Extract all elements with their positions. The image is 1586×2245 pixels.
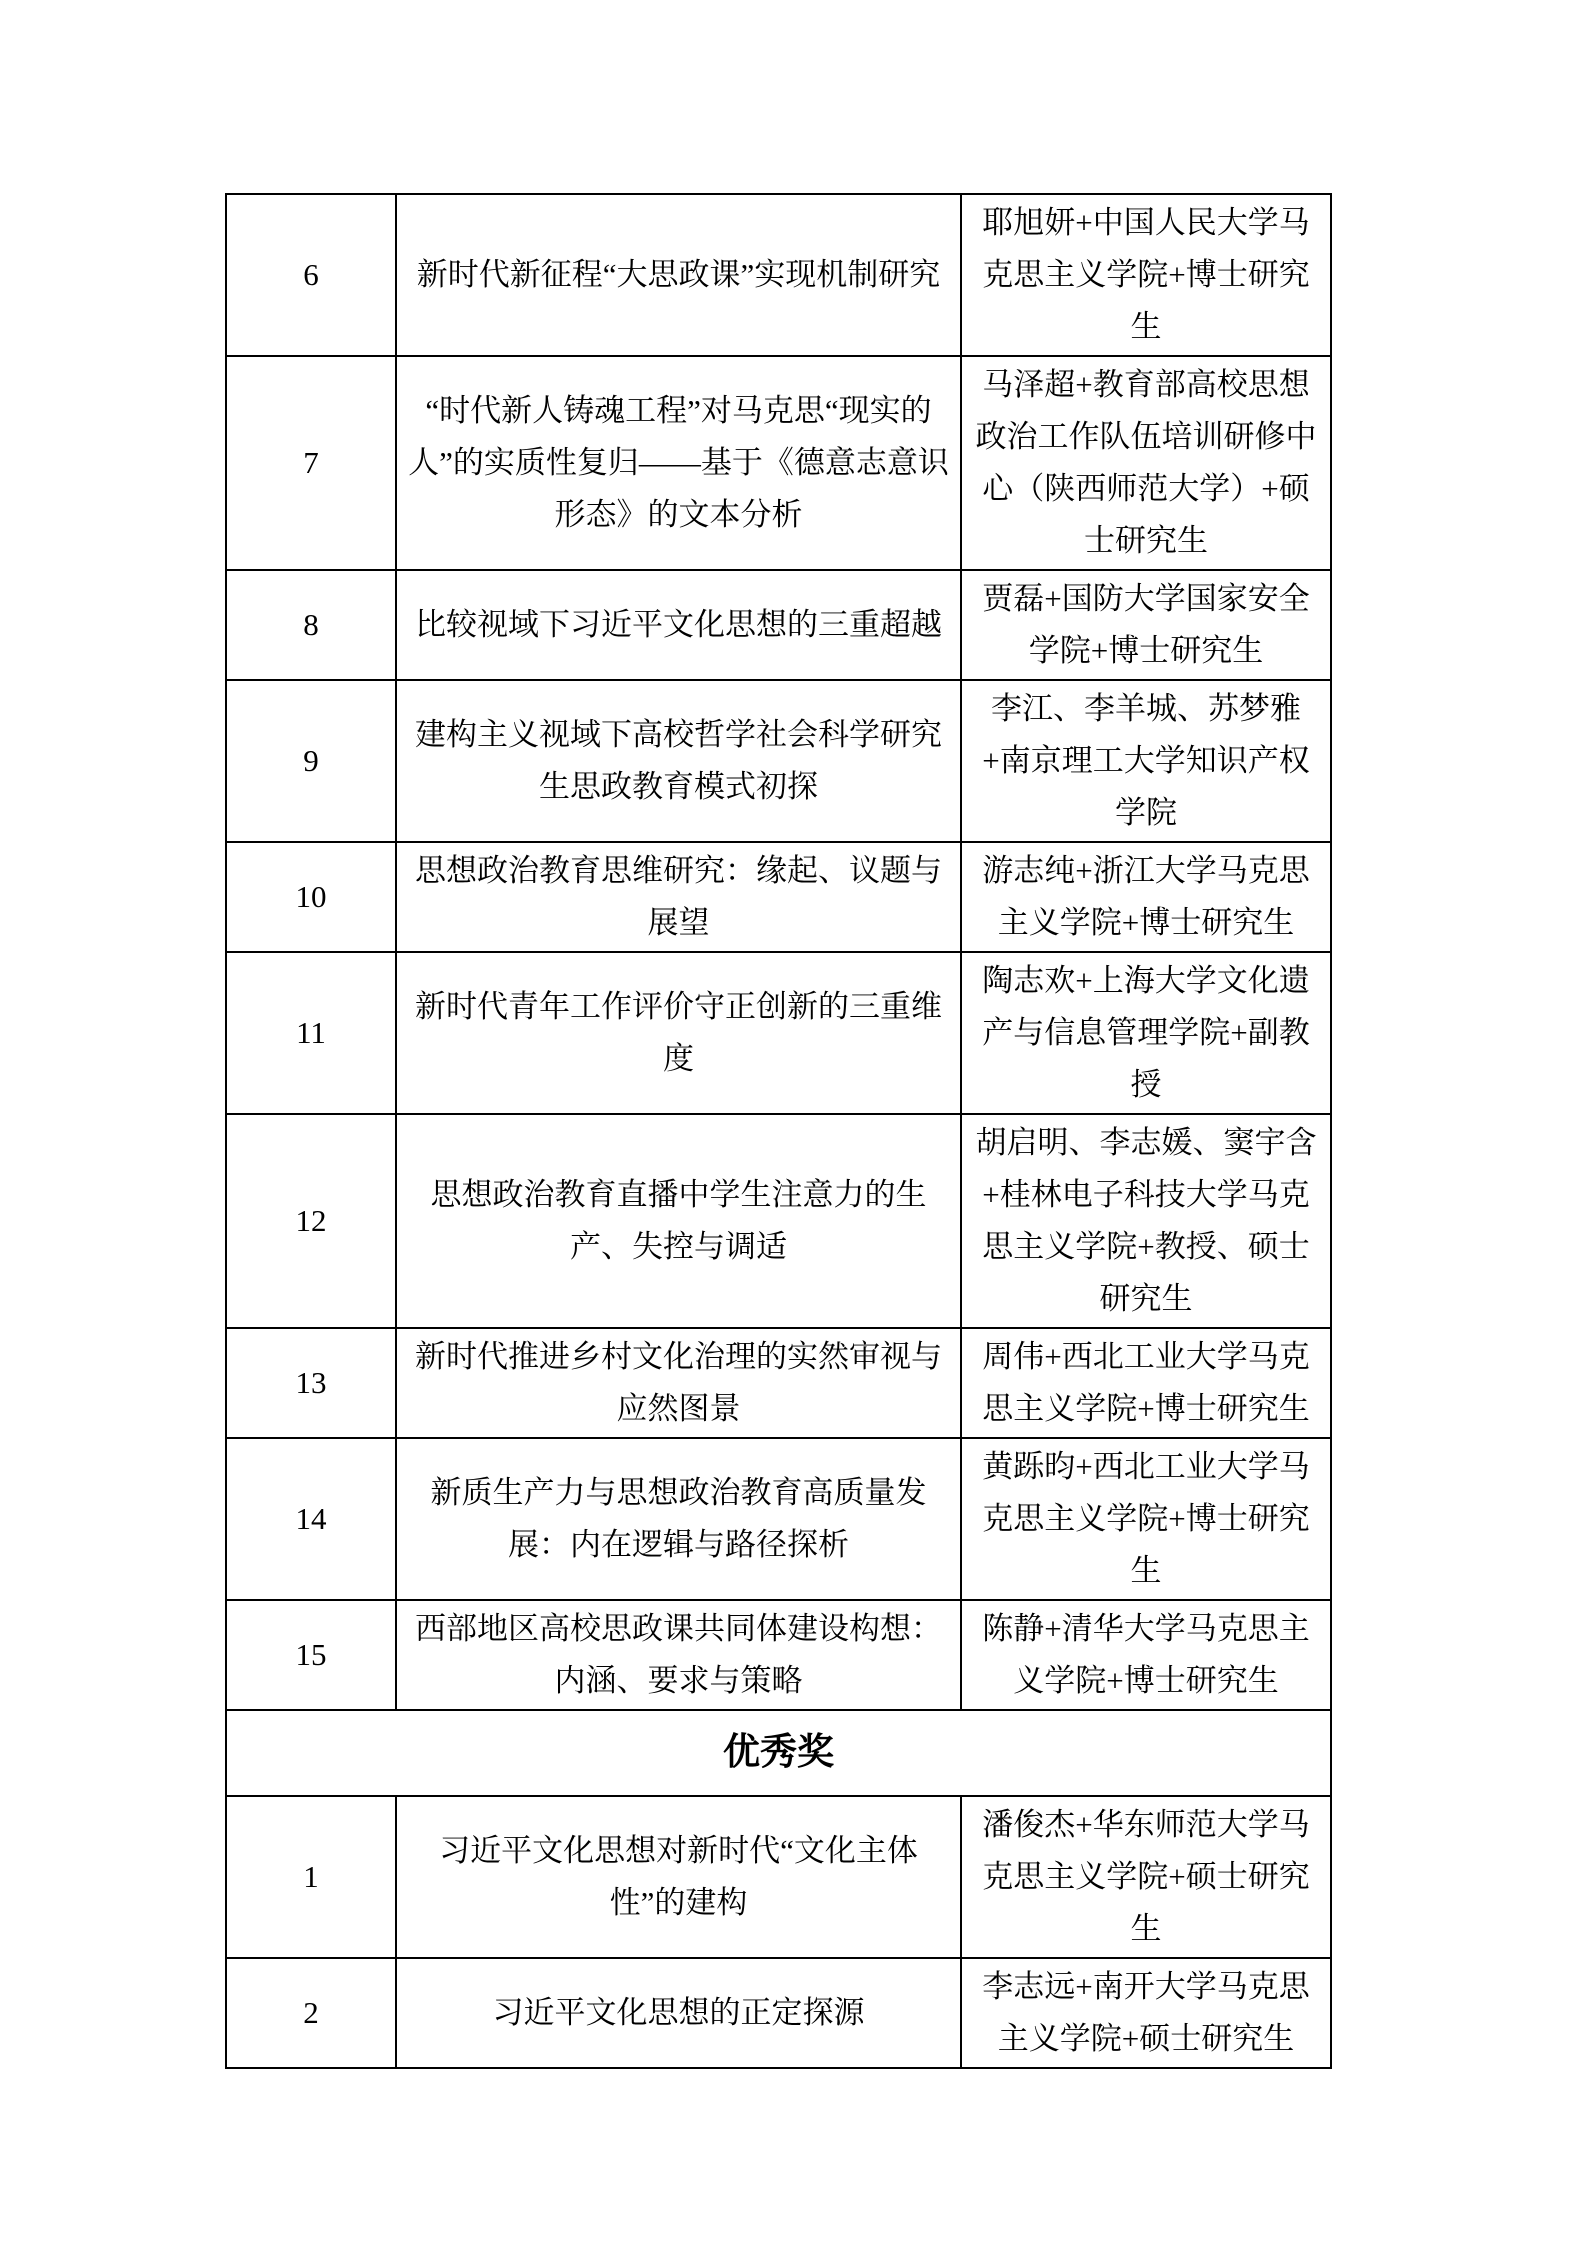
author-affiliation: 黄跞昀+西北工业大学马克思主义学院+博士研究生 bbox=[961, 1438, 1331, 1600]
table-row: 8 比较视域下习近平文化思想的三重超越 贾磊+国防大学国家安全学院+博士研究生 bbox=[226, 570, 1331, 680]
author-affiliation: 陈静+清华大学马克思主义学院+博士研究生 bbox=[961, 1600, 1331, 1710]
row-number: 11 bbox=[226, 952, 396, 1114]
table-row: 15 西部地区高校思政课共同体建设构想：内涵、要求与策略 陈静+清华大学马克思主… bbox=[226, 1600, 1331, 1710]
author-affiliation: 贾磊+国防大学国家安全学院+博士研究生 bbox=[961, 570, 1331, 680]
author-affiliation: 李志远+南开大学马克思主义学院+硕士研究生 bbox=[961, 1958, 1331, 2068]
row-number: 8 bbox=[226, 570, 396, 680]
paper-title: 建构主义视域下高校哲学社会科学研究生思政教育模式初探 bbox=[396, 680, 961, 842]
row-number: 14 bbox=[226, 1438, 396, 1600]
table-row: 10 思想政治教育思维研究：缘起、议题与展望 游志纯+浙江大学马克思主义学院+博… bbox=[226, 842, 1331, 952]
paper-title: 新时代青年工作评价守正创新的三重维度 bbox=[396, 952, 961, 1114]
table-row: 14 新质生产力与思想政治教育高质量发展：内在逻辑与路径探析 黄跞昀+西北工业大… bbox=[226, 1438, 1331, 1600]
table-row: 9 建构主义视域下高校哲学社会科学研究生思政教育模式初探 李江、李羊城、苏梦雅+… bbox=[226, 680, 1331, 842]
row-number: 6 bbox=[226, 194, 396, 356]
author-affiliation: 马泽超+教育部高校思想政治工作队伍培训研修中心（陕西师范大学）+硕士研究生 bbox=[961, 356, 1331, 570]
author-affiliation: 游志纯+浙江大学马克思主义学院+博士研究生 bbox=[961, 842, 1331, 952]
table-row: 11 新时代青年工作评价守正创新的三重维度 陶志欢+上海大学文化遗产与信息管理学… bbox=[226, 952, 1331, 1114]
author-affiliation: 周伟+西北工业大学马克思主义学院+博士研究生 bbox=[961, 1328, 1331, 1438]
paper-title: 新时代推进乡村文化治理的实然审视与应然图景 bbox=[396, 1328, 961, 1438]
section-header-title: 优秀奖 bbox=[226, 1710, 1331, 1796]
award-papers-table: 6 新时代新征程“大思政课”实现机制研究 耶旭妍+中国人民大学马克思主义学院+博… bbox=[225, 193, 1332, 2069]
paper-title: 思想政治教育思维研究：缘起、议题与展望 bbox=[396, 842, 961, 952]
paper-title: 习近平文化思想对新时代“文化主体性”的建构 bbox=[396, 1796, 961, 1958]
table-row: 12 思想政治教育直播中学生注意力的生产、失控与调适 胡启明、李志媛、窦宇含+桂… bbox=[226, 1114, 1331, 1328]
row-number: 2 bbox=[226, 1958, 396, 2068]
table-row: 7 “时代新人铸魂工程”对马克思“现实的人”的实质性复归——基于《德意志意识形态… bbox=[226, 356, 1331, 570]
paper-title: 新质生产力与思想政治教育高质量发展：内在逻辑与路径探析 bbox=[396, 1438, 961, 1600]
row-number: 12 bbox=[226, 1114, 396, 1328]
row-number: 10 bbox=[226, 842, 396, 952]
paper-title: 思想政治教育直播中学生注意力的生产、失控与调适 bbox=[396, 1114, 961, 1328]
table-row: 2 习近平文化思想的正定探源 李志远+南开大学马克思主义学院+硕士研究生 bbox=[226, 1958, 1331, 2068]
author-affiliation: 耶旭妍+中国人民大学马克思主义学院+博士研究生 bbox=[961, 194, 1331, 356]
table-row: 6 新时代新征程“大思政课”实现机制研究 耶旭妍+中国人民大学马克思主义学院+博… bbox=[226, 194, 1331, 356]
paper-title: “时代新人铸魂工程”对马克思“现实的人”的实质性复归——基于《德意志意识形态》的… bbox=[396, 356, 961, 570]
author-affiliation: 李江、李羊城、苏梦雅+南京理工大学知识产权学院 bbox=[961, 680, 1331, 842]
table-row: 13 新时代推进乡村文化治理的实然审视与应然图景 周伟+西北工业大学马克思主义学… bbox=[226, 1328, 1331, 1438]
paper-title: 西部地区高校思政课共同体建设构想：内涵、要求与策略 bbox=[396, 1600, 961, 1710]
row-number: 9 bbox=[226, 680, 396, 842]
paper-title: 习近平文化思想的正定探源 bbox=[396, 1958, 961, 2068]
row-number: 1 bbox=[226, 1796, 396, 1958]
author-affiliation: 陶志欢+上海大学文化遗产与信息管理学院+副教授 bbox=[961, 952, 1331, 1114]
row-number: 7 bbox=[226, 356, 396, 570]
row-number: 13 bbox=[226, 1328, 396, 1438]
author-affiliation: 潘俊杰+华东师范大学马克思主义学院+硕士研究生 bbox=[961, 1796, 1331, 1958]
paper-title: 比较视域下习近平文化思想的三重超越 bbox=[396, 570, 961, 680]
row-number: 15 bbox=[226, 1600, 396, 1710]
table-row: 1 习近平文化思想对新时代“文化主体性”的建构 潘俊杰+华东师范大学马克思主义学… bbox=[226, 1796, 1331, 1958]
document-page: 6 新时代新征程“大思政课”实现机制研究 耶旭妍+中国人民大学马克思主义学院+博… bbox=[0, 0, 1586, 2245]
paper-title: 新时代新征程“大思政课”实现机制研究 bbox=[396, 194, 961, 356]
author-affiliation: 胡启明、李志媛、窦宇含+桂林电子科技大学马克思主义学院+教授、硕士研究生 bbox=[961, 1114, 1331, 1328]
section-header-row: 优秀奖 bbox=[226, 1710, 1331, 1796]
